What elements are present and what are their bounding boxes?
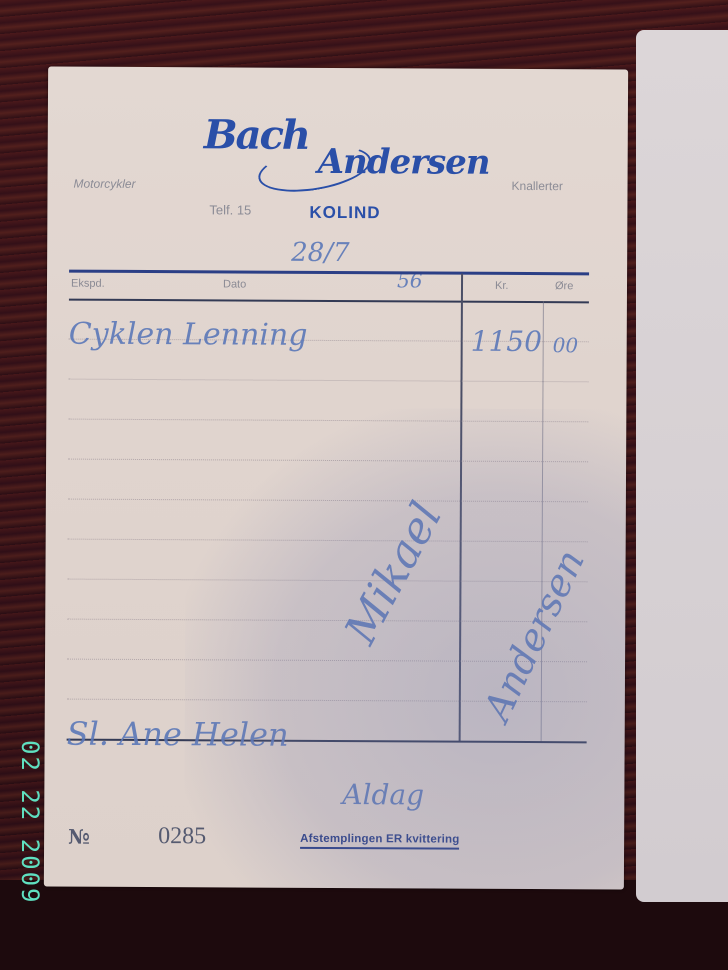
ruled-line	[69, 379, 589, 383]
camera-date-stamp: 02 22 2009	[18, 740, 44, 950]
town-name: KOLIND	[309, 203, 380, 223]
camera-shadow	[184, 407, 628, 889]
handwritten-signature-first: Mikael	[335, 494, 452, 652]
brand-name-andersen: Andersen	[318, 142, 490, 183]
category-motorcycles: Motorcykler	[74, 177, 136, 191]
handwritten-amount-kr: 1150	[471, 325, 542, 358]
ore-column-divider	[541, 301, 544, 742]
receipt-sheet: Bach Andersen Motorcykler Knallerter Tel…	[44, 66, 628, 889]
ruled-line	[68, 419, 588, 423]
handwritten-date: 28/7	[291, 238, 350, 268]
handwritten-footer-line-2: Aldag	[342, 778, 424, 811]
handwritten-line-item: Cyklen Lenning	[69, 317, 308, 353]
column-ore: Øre	[555, 280, 573, 292]
header-rule-top	[69, 270, 589, 276]
ruled-line	[68, 539, 588, 543]
stamp-receipt-note: Afstemplingen ER kvittering	[300, 833, 459, 850]
serial-number: 0285	[158, 823, 206, 850]
brand-logo: Bach Andersen	[197, 107, 498, 209]
brand-name-bach: Bach	[204, 111, 309, 159]
handwritten-footer-line: Sl. Ane Helen	[67, 715, 289, 754]
column-kr: Kr.	[495, 280, 509, 292]
handwritten-signature-last: Andersen	[475, 543, 593, 728]
handwritten-amount-ore: 00	[553, 333, 579, 357]
category-mopeds: Knallerter	[511, 179, 562, 193]
table-surface-bottom	[0, 880, 728, 970]
ruled-line	[68, 499, 588, 503]
kr-column-divider	[459, 274, 463, 742]
ruled-line	[67, 579, 587, 583]
phone-number: Telf. 15	[209, 202, 251, 217]
ruled-line	[68, 459, 588, 463]
header-rule-bottom	[69, 299, 589, 303]
number-sign: №	[68, 825, 90, 849]
column-ekspd: Ekspd.	[71, 278, 105, 290]
adjacent-card	[636, 30, 728, 902]
ruled-line	[67, 619, 587, 623]
column-dato: Dato	[223, 278, 246, 290]
